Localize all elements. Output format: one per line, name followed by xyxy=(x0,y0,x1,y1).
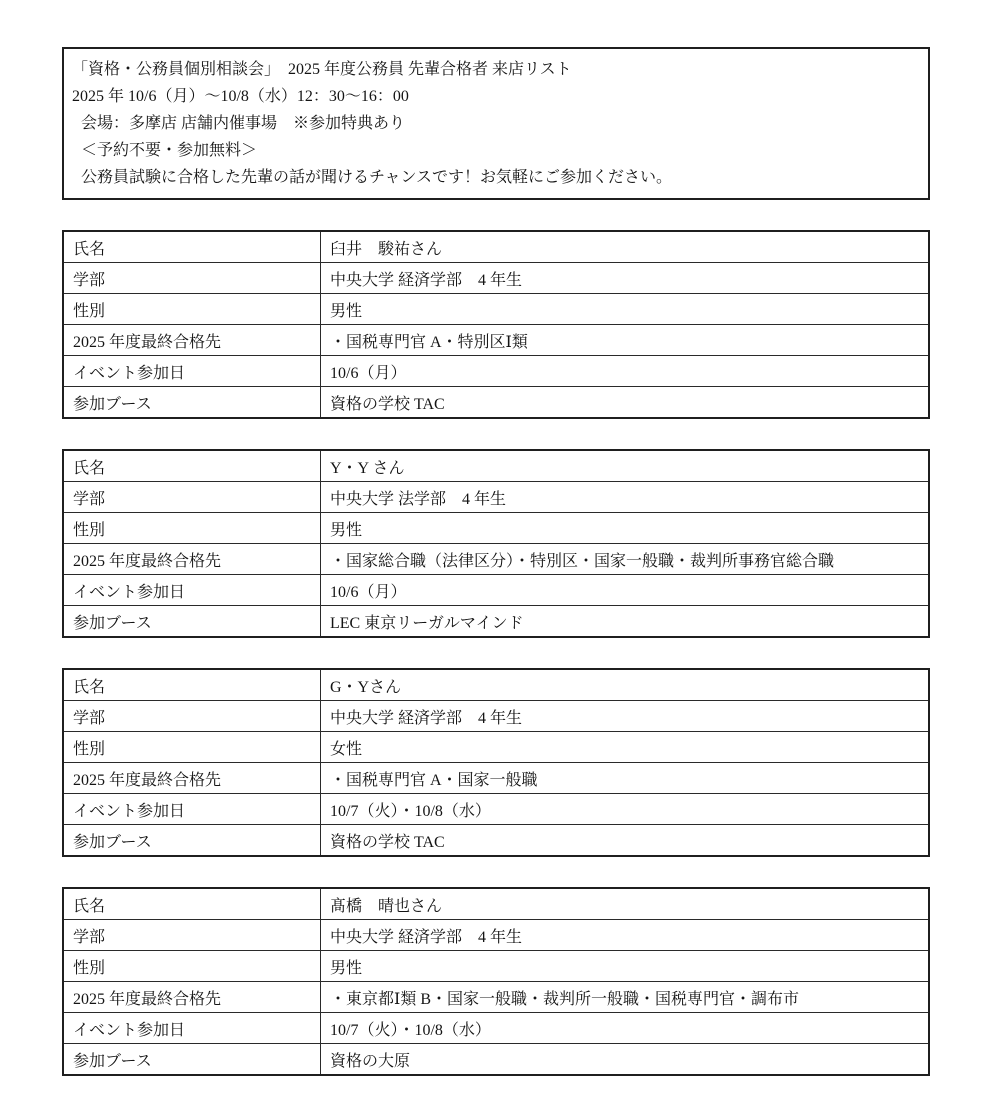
field-label-booth: 参加ブース xyxy=(63,825,321,857)
field-label-name: 氏名 xyxy=(63,888,321,920)
field-value-faculty: 中央大学 経済学部 4 年生 xyxy=(321,920,930,951)
table-row: 性別 女性 xyxy=(63,732,929,763)
field-value-booth: 資格の大原 xyxy=(321,1044,930,1076)
field-label-dates: イベント参加日 xyxy=(63,794,321,825)
table-row: 2025 年度最終合格先 ・国税専門官 A・特別区Ⅰ類 xyxy=(63,325,929,356)
field-value-results: ・東京都Ⅰ類 B・国家一般職・裁判所一般職・国税専門官・調布市 xyxy=(321,982,930,1013)
table-row: 2025 年度最終合格先 ・国税専門官 A・国家一般職 xyxy=(63,763,929,794)
field-label-results: 2025 年度最終合格先 xyxy=(63,544,321,575)
field-label-dates: イベント参加日 xyxy=(63,1013,321,1044)
field-value-results: ・国家総合職（法律区分）・特別区・国家一般職・裁判所事務官総合職 xyxy=(321,544,930,575)
field-label-gender: 性別 xyxy=(63,732,321,763)
event-datetime-line: 2025 年 10/6（月）～10/8（水）12：30～16：00 xyxy=(72,83,918,110)
field-value-gender: 男性 xyxy=(321,294,930,325)
event-title-line: 「資格・公務員個別相談会」 2025 年度公務員 先輩合格者 来店リスト xyxy=(72,56,918,83)
field-label-name: 氏名 xyxy=(63,669,321,701)
field-label-results: 2025 年度最終合格先 xyxy=(63,982,321,1013)
field-value-name: 髙橋 晴也さん xyxy=(321,888,930,920)
field-value-gender: 女性 xyxy=(321,732,930,763)
table-row: イベント参加日 10/6（月） xyxy=(63,356,929,387)
field-label-booth: 参加ブース xyxy=(63,387,321,419)
document-content: 「資格・公務員個別相談会」 2025 年度公務員 先輩合格者 来店リスト 202… xyxy=(62,47,930,1076)
table-row: 学部 中央大学 経済学部 4 年生 xyxy=(63,263,929,294)
table-row: 氏名 臼井 駿祐さん xyxy=(63,231,929,263)
field-label-name: 氏名 xyxy=(63,450,321,482)
table-row: 性別 男性 xyxy=(63,951,929,982)
field-value-booth: 資格の学校 TAC xyxy=(321,825,930,857)
field-label-dates: イベント参加日 xyxy=(63,356,321,387)
field-label-gender: 性別 xyxy=(63,294,321,325)
field-value-name: Y・Y さん xyxy=(321,450,930,482)
field-value-results: ・国税専門官 A・国家一般職 xyxy=(321,763,930,794)
table-row: 参加ブース LEC 東京リーガルマインド xyxy=(63,606,929,638)
table-row: 2025 年度最終合格先 ・東京都Ⅰ類 B・国家一般職・裁判所一般職・国税専門官… xyxy=(63,982,929,1013)
field-value-faculty: 中央大学 経済学部 4 年生 xyxy=(321,701,930,732)
field-value-booth: LEC 東京リーガルマインド xyxy=(321,606,930,638)
table-row: イベント参加日 10/6（月） xyxy=(63,575,929,606)
field-label-faculty: 学部 xyxy=(63,482,321,513)
field-value-dates: 10/7（火）・10/8（水） xyxy=(321,794,930,825)
attendee-table-2: 氏名 Y・Y さん 学部 中央大学 法学部 4 年生 性別 男性 2025 年度… xyxy=(62,449,930,638)
event-venue-line: 会場：多摩店 店舗内催事場 ※参加特典あり xyxy=(72,110,918,137)
attendee-table-4: 氏名 髙橋 晴也さん 学部 中央大学 経済学部 4 年生 性別 男性 2025 … xyxy=(62,887,930,1076)
field-label-booth: 参加ブース xyxy=(63,1044,321,1076)
field-value-results: ・国税専門官 A・特別区Ⅰ類 xyxy=(321,325,930,356)
field-label-gender: 性別 xyxy=(63,951,321,982)
table-row: 学部 中央大学 経済学部 4 年生 xyxy=(63,701,929,732)
field-label-faculty: 学部 xyxy=(63,920,321,951)
field-value-dates: 10/7（火）・10/8（水） xyxy=(321,1013,930,1044)
event-message-line: 公務員試験に合格した先輩の話が聞けるチャンスです！お気軽にご参加ください。 xyxy=(72,164,918,191)
field-label-booth: 参加ブース xyxy=(63,606,321,638)
table-row: イベント参加日 10/7（火）・10/8（水） xyxy=(63,794,929,825)
field-value-dates: 10/6（月） xyxy=(321,575,930,606)
event-header-box: 「資格・公務員個別相談会」 2025 年度公務員 先輩合格者 来店リスト 202… xyxy=(62,47,930,200)
field-value-name: G・Yさん xyxy=(321,669,930,701)
table-row: 参加ブース 資格の学校 TAC xyxy=(63,825,929,857)
field-value-gender: 男性 xyxy=(321,951,930,982)
table-row: 2025 年度最終合格先 ・国家総合職（法律区分）・特別区・国家一般職・裁判所事… xyxy=(63,544,929,575)
event-note-line: ＜予約不要・参加無料＞ xyxy=(72,137,918,164)
field-value-faculty: 中央大学 法学部 4 年生 xyxy=(321,482,930,513)
table-row: 学部 中央大学 経済学部 4 年生 xyxy=(63,920,929,951)
field-label-gender: 性別 xyxy=(63,513,321,544)
table-row: 氏名 Y・Y さん xyxy=(63,450,929,482)
table-row: イベント参加日 10/7（火）・10/8（水） xyxy=(63,1013,929,1044)
table-row: 性別 男性 xyxy=(63,513,929,544)
field-label-name: 氏名 xyxy=(63,231,321,263)
attendee-table-1: 氏名 臼井 駿祐さん 学部 中央大学 経済学部 4 年生 性別 男性 2025 … xyxy=(62,230,930,419)
field-label-faculty: 学部 xyxy=(63,701,321,732)
table-row: 学部 中央大学 法学部 4 年生 xyxy=(63,482,929,513)
field-label-dates: イベント参加日 xyxy=(63,575,321,606)
table-row: 参加ブース 資格の大原 xyxy=(63,1044,929,1076)
field-value-gender: 男性 xyxy=(321,513,930,544)
table-row: 性別 男性 xyxy=(63,294,929,325)
field-value-dates: 10/6（月） xyxy=(321,356,930,387)
table-row: 参加ブース 資格の学校 TAC xyxy=(63,387,929,419)
field-value-name: 臼井 駿祐さん xyxy=(321,231,930,263)
field-label-results: 2025 年度最終合格先 xyxy=(63,763,321,794)
table-row: 氏名 髙橋 晴也さん xyxy=(63,888,929,920)
field-value-booth: 資格の学校 TAC xyxy=(321,387,930,419)
table-row: 氏名 G・Yさん xyxy=(63,669,929,701)
attendee-table-3: 氏名 G・Yさん 学部 中央大学 経済学部 4 年生 性別 女性 2025 年度… xyxy=(62,668,930,857)
field-value-faculty: 中央大学 経済学部 4 年生 xyxy=(321,263,930,294)
field-label-faculty: 学部 xyxy=(63,263,321,294)
field-label-results: 2025 年度最終合格先 xyxy=(63,325,321,356)
document-page: 「資格・公務員個別相談会」 2025 年度公務員 先輩合格者 来店リスト 202… xyxy=(0,0,1000,1100)
